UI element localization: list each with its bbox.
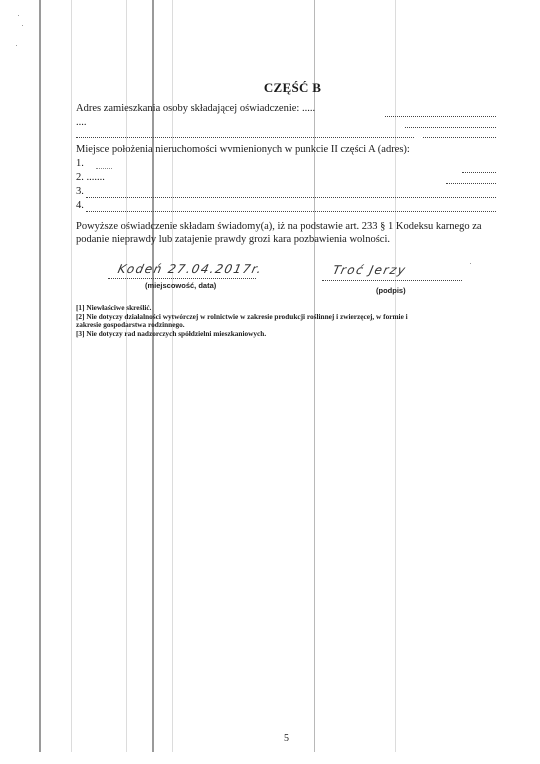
- property-dotted-line: [462, 172, 496, 174]
- property-dotted-line: [86, 211, 496, 213]
- place-date-caption: (miejscowość, data): [145, 281, 216, 290]
- section-title: CZĘŚĆ B: [0, 80, 540, 96]
- place-date-line: [108, 278, 256, 280]
- scan-speck: [470, 263, 471, 264]
- scan-speck: [22, 25, 23, 26]
- scan-artifact-line: [71, 0, 72, 752]
- scan-artifact-line: [39, 0, 41, 752]
- residence-label: Adres zamieszkania osoby składającej ośw…: [76, 103, 315, 114]
- scan-artifact-line: [395, 0, 396, 752]
- property-dotted-line: [446, 183, 496, 185]
- residence-dotted-line: [423, 137, 496, 139]
- footnote-2-cont: zakresie gospodarstwa rodzinnego.: [76, 321, 185, 329]
- signature-line: [322, 280, 462, 282]
- residence-dotted-line: [385, 116, 496, 118]
- property-dotted-line: [96, 168, 112, 170]
- property-item-3: 3.: [76, 186, 84, 197]
- scan-speck: [18, 15, 19, 16]
- declaration-text: Powyższe oświadczenie składam świadomy(a…: [76, 220, 496, 246]
- residence-dotted-line: [76, 137, 414, 139]
- scan-speck: [16, 45, 17, 46]
- footnote-3: [3] Nie dotyczy rad nadzorczych spółdzie…: [76, 330, 266, 338]
- property-dotted-line: [86, 197, 496, 199]
- footnote-1: [1] Niewłaściwe skreślić.: [76, 304, 151, 312]
- signature-caption: (podpis): [376, 286, 406, 295]
- residence-continuation: ....: [76, 117, 87, 128]
- property-item-1: 1.: [76, 158, 84, 169]
- property-item-4: 4.: [76, 200, 84, 211]
- property-item-2: 2. .......: [76, 172, 105, 183]
- place-date-handwritten: Kodeń 27.04.2017r.: [117, 262, 265, 276]
- residence-dotted-line: [405, 127, 496, 129]
- signature-handwritten: Troć Jerzy: [332, 263, 408, 277]
- property-location-label: Miejsce położenia nieruchomości wvmienio…: [76, 144, 410, 155]
- page-number: 5: [284, 733, 289, 744]
